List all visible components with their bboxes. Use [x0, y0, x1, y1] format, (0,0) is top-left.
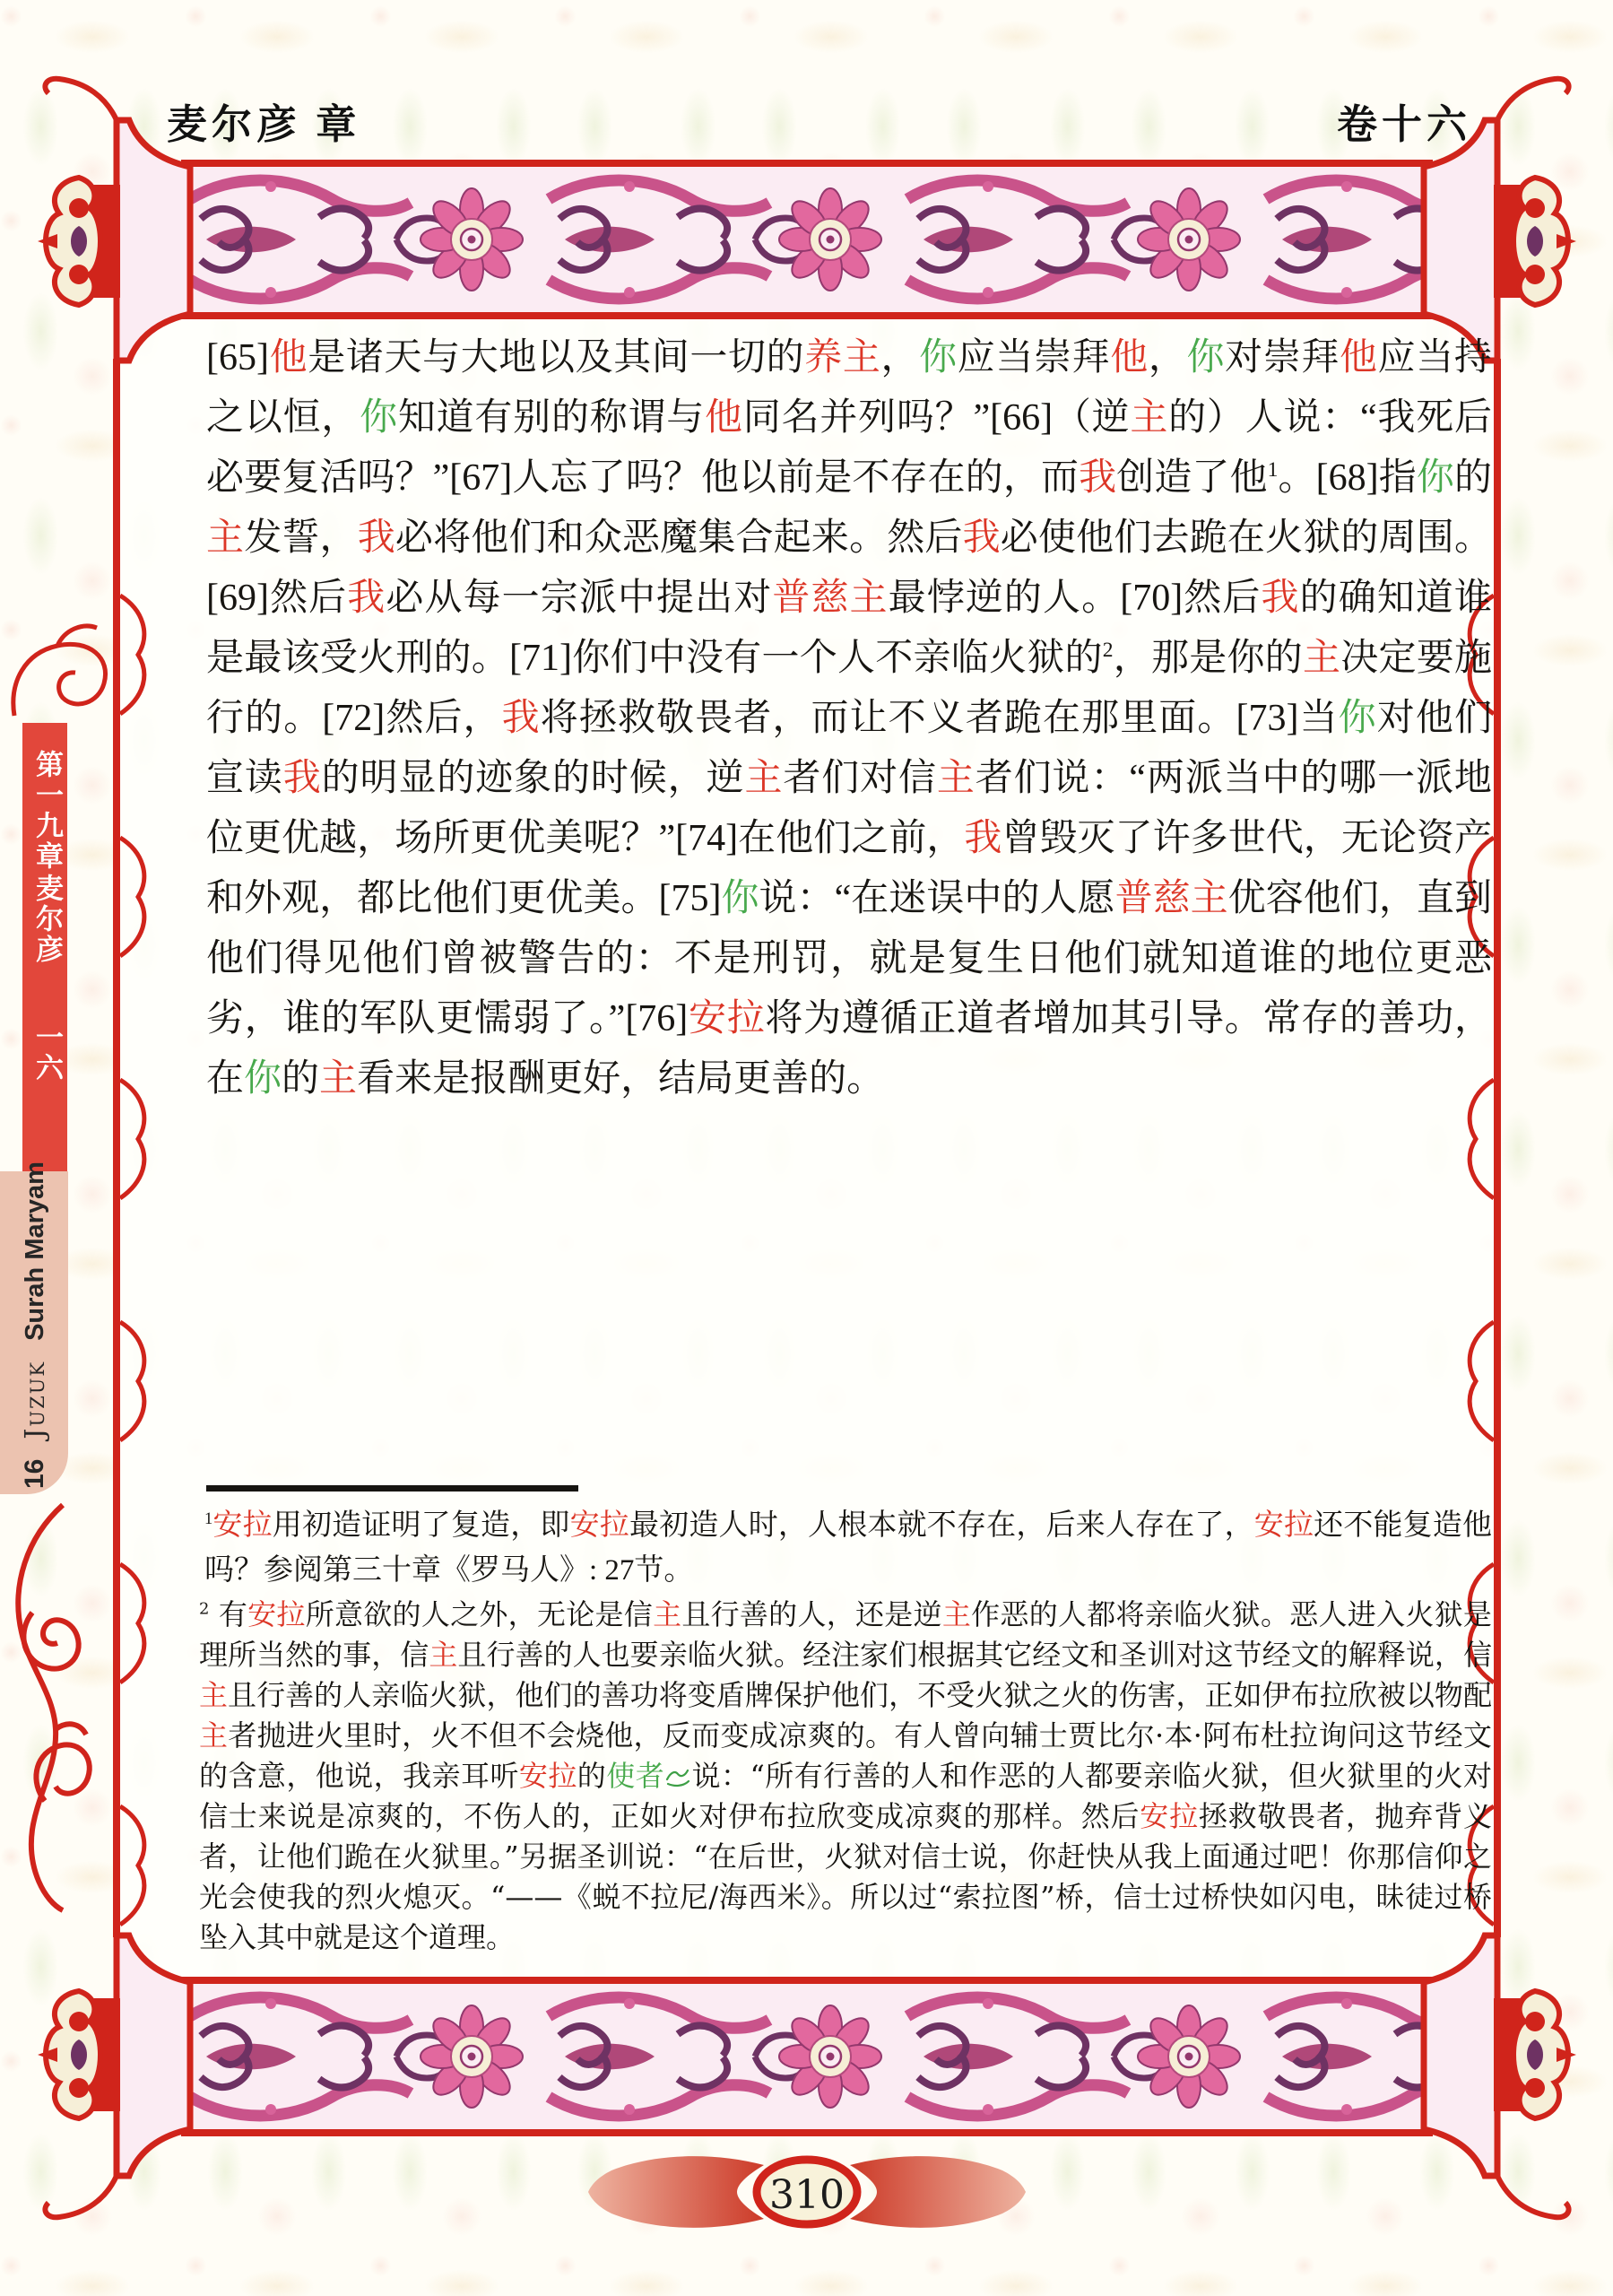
page-header-surah-title: 麦尔彦 章 [167, 91, 360, 150]
sidebar-juz-cn: 一六 [22, 1022, 67, 1083]
quran-translation-page: { "page": { "header_left": "麦尔彦 章", "hea… [0, 0, 1613, 2296]
footnote-1: 1安拉用初造证明了复造，即安拉最初造人时，人根本就不存在，后来人存在了，安拉还不… [204, 1503, 1492, 1593]
prophet-honorific-icon [664, 1759, 691, 1793]
sidebar-juz-number: 16 [20, 1459, 50, 1489]
sidebar-chapter-tab: 第一九章 麦尔彦 一六 [22, 723, 67, 1171]
sidebar-chapter-number: 第一九章 [22, 750, 67, 872]
sidebar-surah-name-cn: 麦尔彦 [22, 874, 67, 965]
footnote-divider [206, 1485, 578, 1492]
footnote-2: 2 有安拉所意欲的人之外，无论是信主且行善的人，还是逆主作恶的人都将亲临火狱。恶… [199, 1595, 1492, 1958]
sidebar-juzuk-text: 16 Juzuk Surah Maryam [14, 1184, 56, 1489]
sidebar-surah-latin: Surah Maryam [21, 1161, 50, 1341]
page-number: 310 [758, 2172, 856, 2218]
page-header-volume: 卷十六 [1337, 91, 1471, 150]
verse-text: [65]他是诸天与大地以及其间一切的养主，你应当崇拜他，你对崇拜他应当持之以恒，… [206, 328, 1492, 1109]
sidebar-juzuk-label: Juzuk [20, 1361, 51, 1439]
